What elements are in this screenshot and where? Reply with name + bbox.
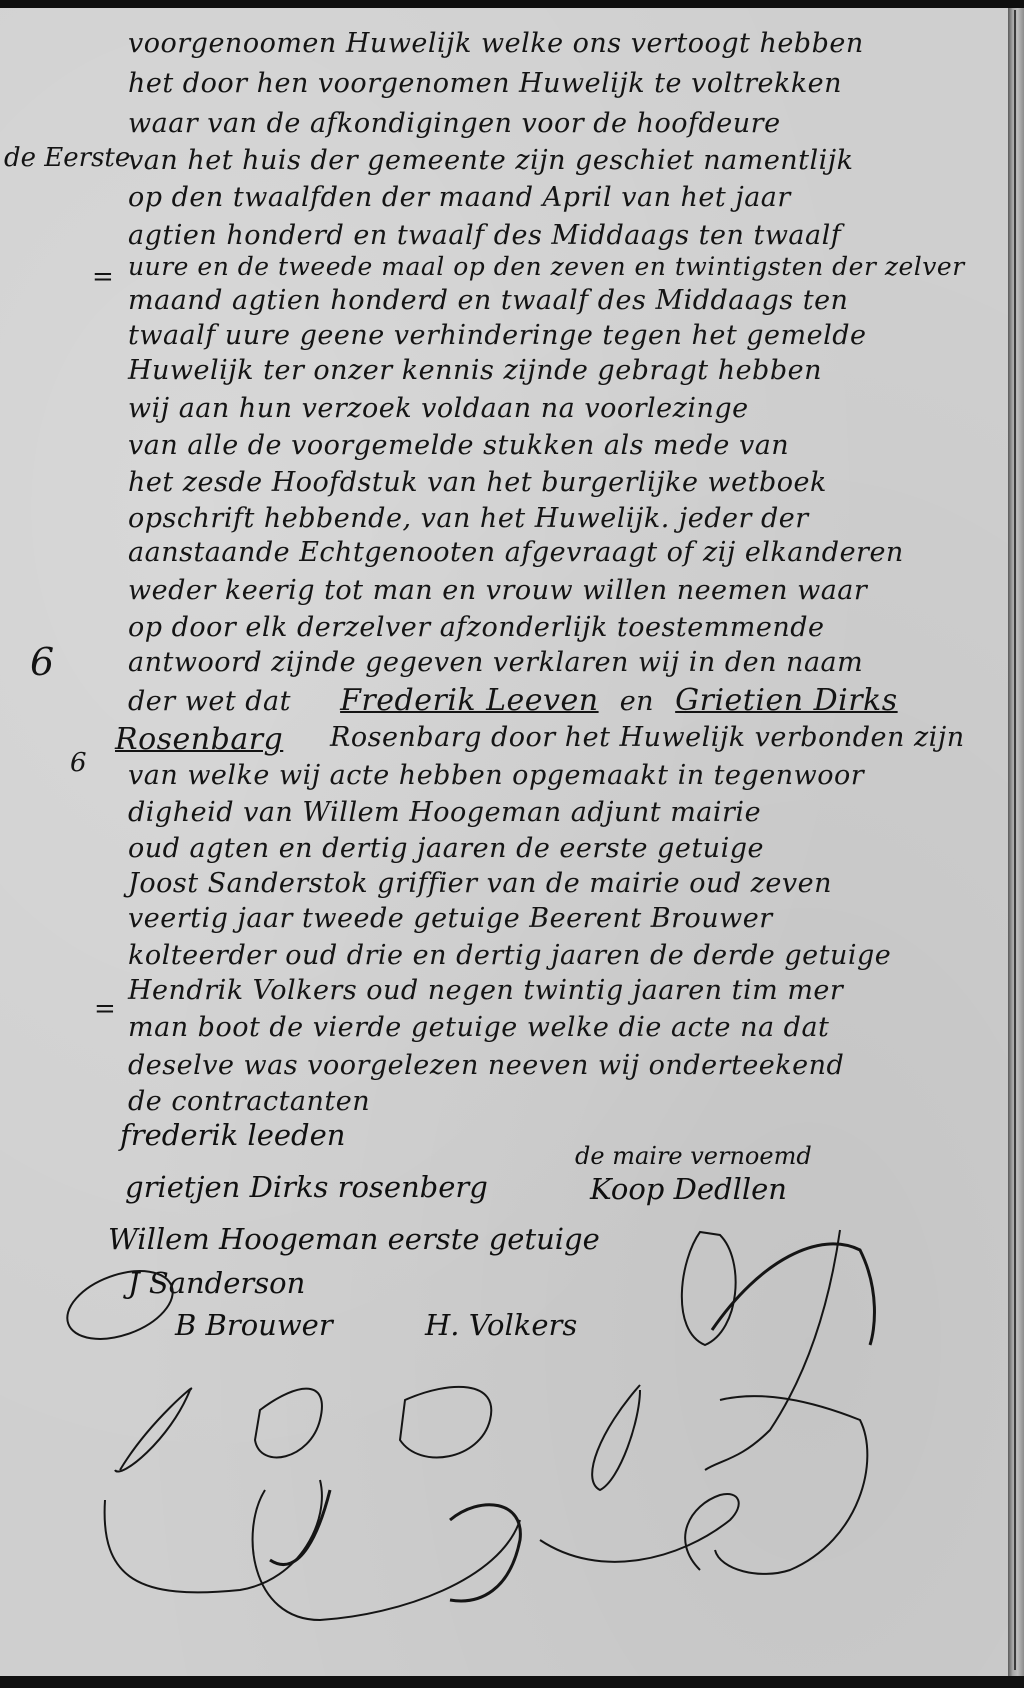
- pen-flourish-icon: [0, 0, 1024, 1688]
